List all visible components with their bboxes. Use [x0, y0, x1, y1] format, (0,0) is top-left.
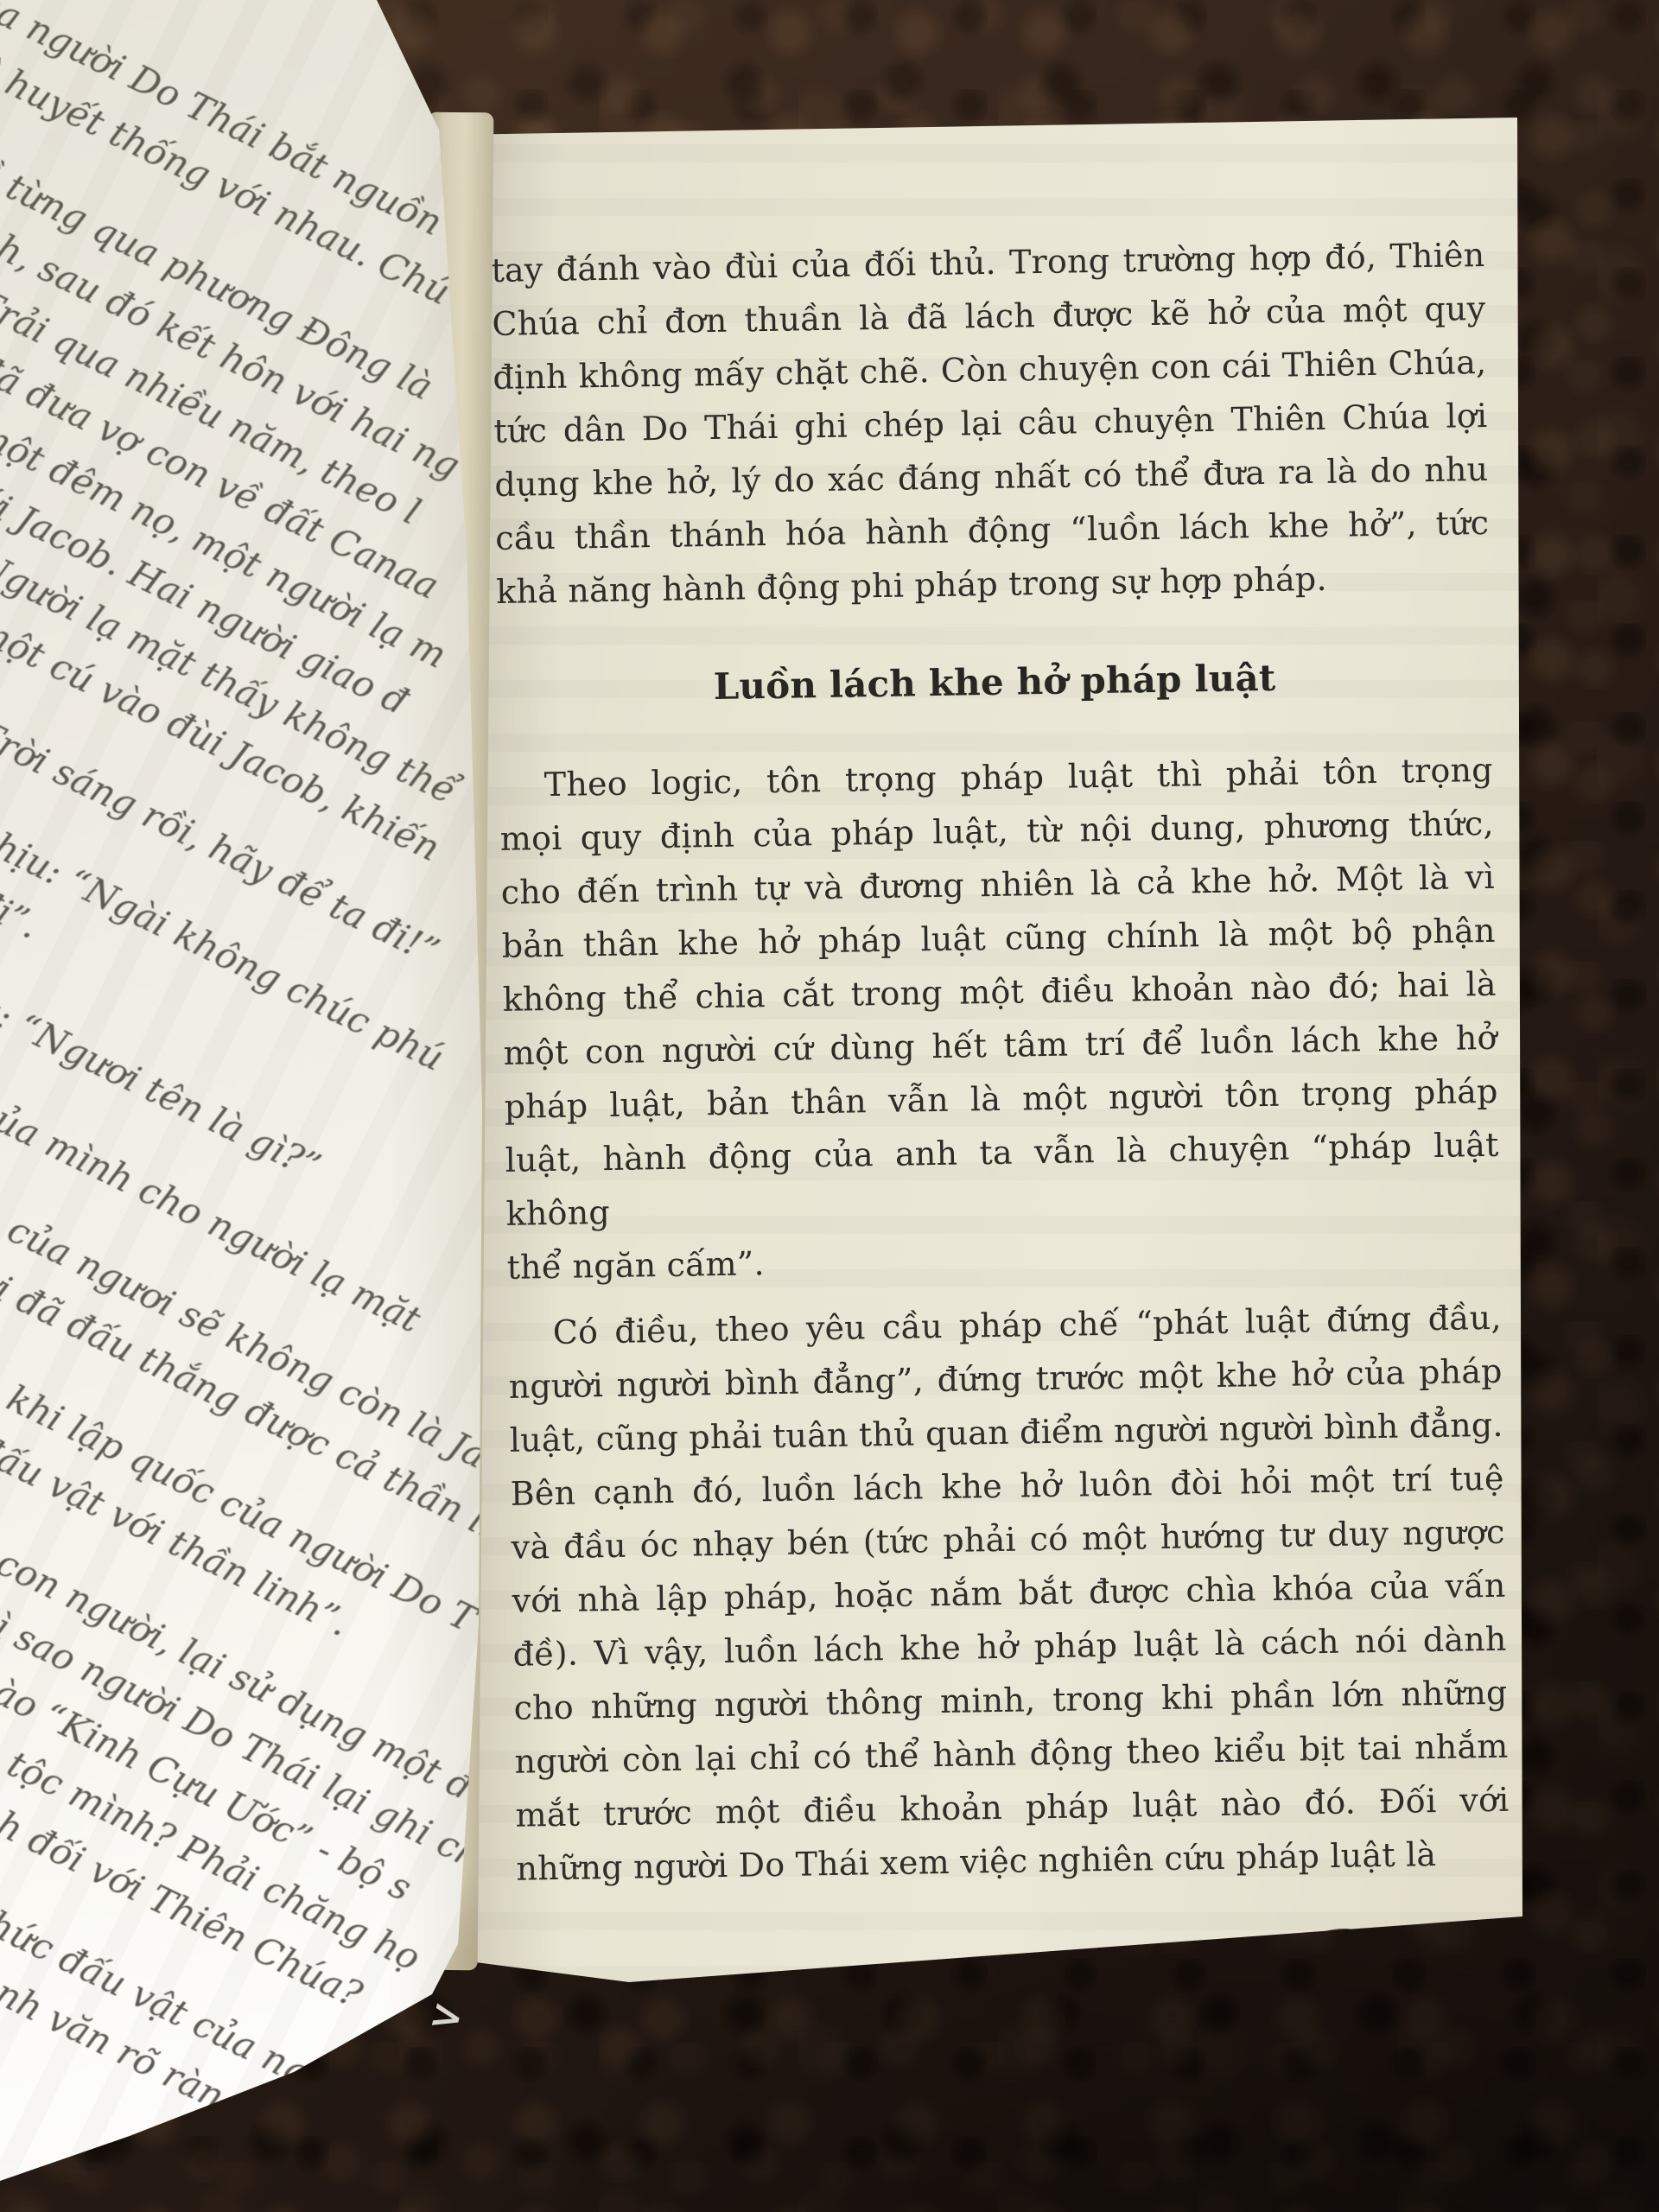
text-line: luật, hành động của anh ta vẫn là chuyện…	[505, 1118, 1500, 1241]
text-line: Có điều, theo yêu cầu pháp chế “phát luậ…	[507, 1291, 1502, 1360]
text-line: tức dân Do Thái ghi chép lại câu chuyện …	[493, 389, 1488, 458]
text-line: thể ngăn cấm”.	[506, 1225, 1501, 1294]
paragraph: Có điều, theo yêu cầu pháp chế “phát luậ…	[507, 1291, 1510, 1896]
text-line: bản thân khe hở pháp luật cũng chính là …	[501, 904, 1496, 973]
paragraph: tay đánh vào đùi của đối thủ. Trong trườ…	[491, 228, 1491, 619]
text-line: không thể chia cắt trong một điều khoản …	[502, 957, 1497, 1027]
text-line: cho đến trình tự và đương nhiên là cả kh…	[500, 850, 1495, 919]
text-line: luật, cũng phải tuân thủ quan điểm người…	[509, 1398, 1503, 1467]
text-line: đề). Vì vậy, luồn lách khe hở pháp luật …	[512, 1612, 1507, 1681]
section-heading: Luồn lách khe hở pháp luật	[498, 648, 1492, 717]
text-line: với nhà lập pháp, hoặc nắm bắt được chìa…	[512, 1559, 1506, 1628]
text-line: cho những người thông minh, trong khi ph…	[513, 1666, 1508, 1735]
text-line: dụng khe hở, lý do xác đáng nhất có thể …	[494, 442, 1489, 512]
text-line: pháp luật, bản thân vẫn là một người tôn…	[504, 1065, 1498, 1134]
tilted-text-line: i con người, lại sử dụng một đ	[0, 1523, 546, 1847]
paragraph: Theo logic, tôn trọng pháp luật thì phải…	[499, 743, 1501, 1294]
text-line: định không mấy chặt chẽ. Còn chuyện con …	[493, 335, 1487, 404]
text-line: một con người cứ dùng hết tâm trí để luồ…	[503, 1011, 1497, 1080]
tilted-text-line: nh đối với Thiên Chúa?	[0, 1785, 442, 2058]
text-line: cầu thần thánh hóa hành động “luồn lách …	[495, 496, 1490, 565]
text-line: và đầu óc nhạy bén (tức phải có một hướn…	[511, 1505, 1505, 1574]
text-line: những người Do Thái xem việc nghiên cứu …	[516, 1827, 1510, 1896]
text-line: người người bình đẳng”, đứng trước một k…	[508, 1344, 1503, 1414]
tilted-text-line: vào “Kinh Cựu Ước” - bộ s	[0, 1655, 494, 1953]
tilted-text-line: vì sao người Do Thái lại ghi ch	[0, 1589, 520, 1900]
right-page: tay đánh vào đùi của đối thủ. Trong trườ…	[430, 109, 1529, 1989]
text-line: mọi quy định của pháp luật, từ nội dung,…	[499, 797, 1494, 866]
text-line: Bên cạnh đó, luồn lách khe hở luôn đòi h…	[510, 1452, 1504, 1521]
book-photo: tay đánh vào đùi của đối thủ. Trong trườ…	[0, 0, 1659, 2212]
text-line: khả năng hành động phi pháp trong sự hợp…	[496, 550, 1491, 619]
text-line: người còn lại chỉ có thể hành động theo …	[514, 1719, 1509, 1789]
right-page-text: tay đánh vào đùi của đối thủ. Trong trườ…	[491, 228, 1512, 1986]
text-line: Chúa chỉ đơn thuần là đã lách được kẽ hở…	[492, 282, 1486, 351]
text-line: mắt trước một điều khoản pháp luật nào đ…	[515, 1773, 1510, 1842]
text-line: tay đánh vào đùi của đối thủ. Trong trườ…	[491, 228, 1485, 297]
tilted-text-line: n tộc mình? Phải chăng họ	[0, 1720, 468, 2005]
text-line: Theo logic, tôn trọng pháp luật thì phải…	[499, 743, 1493, 812]
